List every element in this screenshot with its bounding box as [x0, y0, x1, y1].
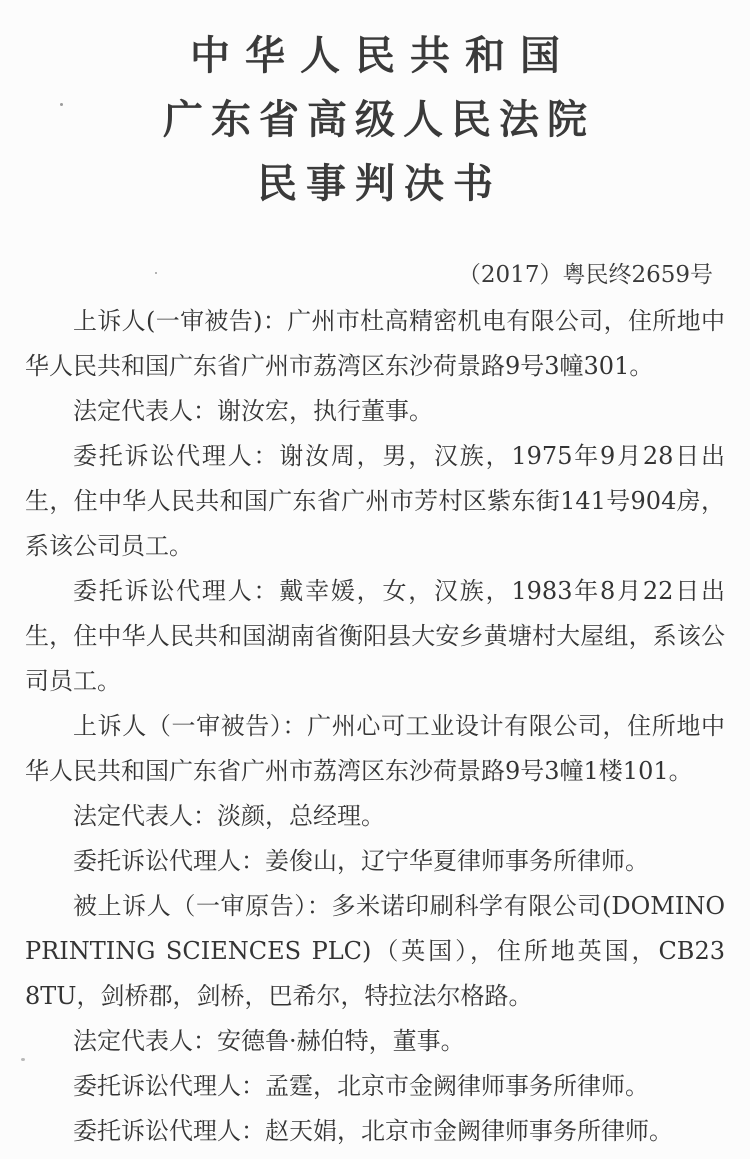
parties-section: 上诉人(一审被告)：广州市杜高精密机电有限公司，住所地中华人民共和国广东省广州市… — [25, 299, 725, 1154]
court-title: 广东省高级人民法院 — [25, 88, 725, 152]
legal-rep-3-paragraph: 法定代表人：安德鲁·赫伯特，董事。 — [25, 1019, 725, 1064]
agent-5-paragraph: 委托诉讼代理人：赵天娟，北京市金阙律师事务所律师。 — [25, 1109, 725, 1154]
agent-4-paragraph: 委托诉讼代理人：孟霆，北京市金阙律师事务所律师。 — [25, 1064, 725, 1109]
appellee-paragraph: 被上诉人（一审原告）：多米诺印刷科学有限公司(DOMINO PRINTING S… — [25, 884, 725, 1019]
appellant-2-paragraph: 上诉人（一审被告）：广州心可工业设计有限公司，住所地中华人民共和国广东省广州市荔… — [25, 704, 725, 794]
country-title: 中华人民共和国 — [25, 24, 725, 88]
legal-rep-2-paragraph: 法定代表人：淡颜，总经理。 — [25, 794, 725, 839]
legal-rep-1-paragraph: 法定代表人：谢汝宏，执行董事。 — [25, 389, 725, 434]
agent-2-paragraph: 委托诉讼代理人：戴幸媛，女，汉族，1983年8月22日出生，住中华人民共和国湖南… — [25, 569, 725, 704]
judgment-page: 中华人民共和国 广东省高级人民法院 民事判决书 （2017）粤民终2659号 上… — [0, 0, 750, 1154]
case-number: （2017）粤民终2659号 — [25, 260, 725, 290]
agent-3-paragraph: 委托诉讼代理人：姜俊山，辽宁华夏律师事务所律师。 — [25, 839, 725, 884]
scan-speck — [155, 272, 157, 274]
agent-1-paragraph: 委托诉讼代理人：谢汝周，男，汉族，1975年9月28日出生，住中华人民共和国广东… — [25, 434, 725, 569]
doc-type-title: 民事判决书 — [25, 152, 725, 216]
scan-speck — [60, 103, 63, 106]
scan-speck — [21, 1058, 25, 1061]
appellant-1-paragraph: 上诉人(一审被告)：广州市杜高精密机电有限公司，住所地中华人民共和国广东省广州市… — [25, 299, 725, 389]
